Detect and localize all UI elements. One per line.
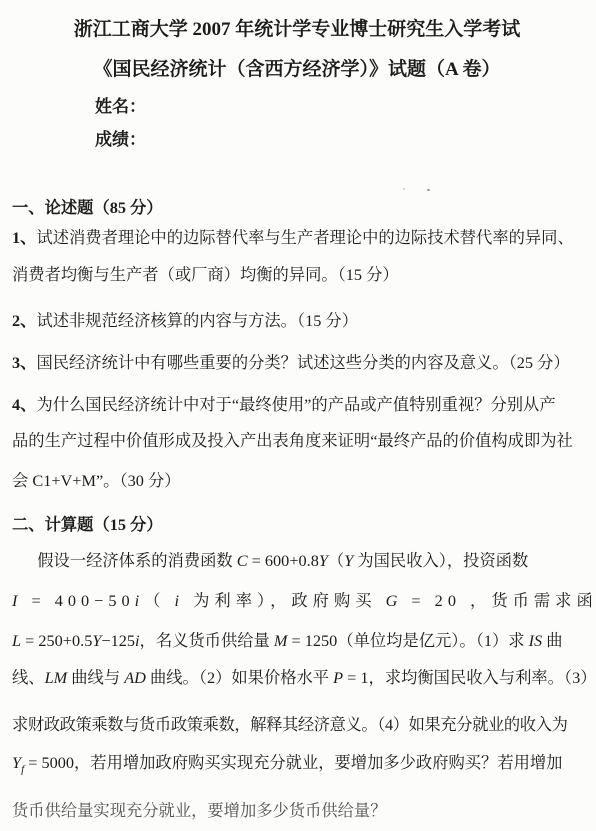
math-var: Y [12, 753, 21, 772]
calc-line-4: 线、LM 曲线与 AD 曲线。（2）如果价格水平 P = 1，求均衡国民收入与利… [12, 665, 582, 691]
math-var: I [12, 591, 22, 610]
math-var: C [237, 551, 248, 570]
exam-subtitle: 《国民经济统计（含西方经济学）》试题（A 卷） [12, 56, 582, 84]
essay-q4-line1: 4、为什么国民经济统计中对于“最终使用”的产品或产值特别重视？分别从产 [12, 392, 582, 418]
math-var: P [333, 668, 343, 687]
text-segment: −125 [101, 631, 135, 650]
text-segment: 曲线与 [67, 668, 124, 687]
math-var: IS [529, 631, 543, 650]
text-segment: 试述非规范经济核算的内容与方法。（15 分） [36, 311, 358, 330]
text-segment: = 1250（单位均是亿元）。（1）求 [287, 631, 528, 650]
text-segment: = 20 ，货币需求函数为 [402, 591, 596, 610]
math-var: AD [124, 668, 146, 687]
calc-line-5: 求财政政策乘数与货币政策乘数，解释其经济意义。（4）如果充分就业的收入为 [12, 712, 582, 738]
question-number: 2、 [12, 311, 36, 330]
text-segment: = 600+0.8 [248, 551, 319, 570]
question-number: 1、 [12, 228, 36, 247]
calc-line-2: I = 400−50i（ i 为利率），政府购买 G = 20 ，货币需求函数为 [12, 588, 582, 614]
name-label: 姓名： [95, 94, 582, 120]
score-label: 成绩： [95, 127, 582, 153]
essay-q3: 3、国民经济统计中有哪些重要的分类？试述这些分类的内容及意义。（25 分） [12, 350, 582, 376]
essay-q2: 2、试述非规范经济核算的内容与方法。（15 分） [12, 308, 582, 334]
text-segment: = 400−50 [22, 591, 134, 610]
calc-line-3: L = 250+0.5Y−125i，名义货币供给量 M = 1250（单位均是亿… [12, 628, 582, 654]
text-segment: （ [144, 591, 174, 610]
math-var: LM [45, 668, 68, 687]
text-segment: 曲 [542, 631, 562, 650]
scan-speck [427, 189, 430, 191]
math-var: Y [319, 551, 328, 570]
calc-line-7: 货币供给量实现充分就业，要增加多少货币供给量？ [12, 798, 582, 824]
text-segment: ，名义货币供给量 [140, 631, 274, 650]
math-var: L [12, 631, 21, 650]
calc-section-heading: 二、计算题（15 分） [12, 512, 582, 538]
text-segment: 曲线。（2）如果价格水平 [146, 668, 333, 687]
essay-q1-line2: 消费者均衡与生产者（或厂商）均衡的异同。（15 分） [12, 262, 582, 288]
math-var: M [274, 631, 288, 650]
text-segment: 为国民收入），投资函数 [353, 551, 528, 570]
math-var: i [175, 591, 185, 610]
math-var: G [386, 591, 403, 610]
text-segment: 为什么国民经济统计中对于“最终使用”的产品或产值特别重视？分别从产 [36, 395, 555, 414]
calc-line-1: 假设一经济体系的消费函数 C = 600+0.8Y（Y 为国民收入），投资函数 [12, 548, 582, 574]
text-segment: 为利率），政府购买 [184, 591, 386, 610]
essay-q4-line3: 会 C1+V+M”。（30 分） [12, 468, 582, 494]
calc-line-6: Yf = 5000，若用增加政府购买实现充分就业，要增加多少政府购买？若用增加 [12, 750, 582, 782]
question-number: 3、 [12, 353, 36, 372]
text-segment: = 1，求均衡国民收入与利率。（3） [343, 668, 596, 687]
scan-speck [403, 188, 405, 190]
essay-section-heading: 一、论述题（85 分） [12, 195, 582, 221]
question-number: 4、 [12, 395, 36, 414]
essay-q4-line2: 品的生产过程中价值形成及投入产出表角度来证明“最终产品的价值构成即为社 [12, 428, 582, 454]
text-segment: （ [328, 551, 344, 570]
text-segment: 假设一经济体系的消费函数 [37, 551, 236, 570]
text-segment: 国民经济统计中有哪些重要的分类？试述这些分类的内容及意义。（25 分） [36, 353, 569, 372]
math-var: Y [344, 551, 353, 570]
text-segment: = 250+0.5 [21, 631, 92, 650]
text-segment: 线、 [12, 668, 45, 687]
essay-q1-line1: 1、试述消费者理论中的边际替代率与生产者理论中的边际技术替代率的异同、 [12, 225, 582, 251]
scanned-exam-page: 浙江工商大学 2007 年统计学专业博士研究生入学考试 《国民经济统计（含西方经… [0, 0, 596, 831]
exam-title: 浙江工商大学 2007 年统计学专业博士研究生入学考试 [12, 16, 582, 44]
text-segment: = 5000，若用增加政府购买实现充分就业，要增加多少政府购买？若用增加 [24, 753, 562, 772]
math-var: i [135, 591, 145, 610]
text-segment: 试述消费者理论中的边际替代率与生产者理论中的边际技术替代率的异同、 [36, 228, 573, 247]
